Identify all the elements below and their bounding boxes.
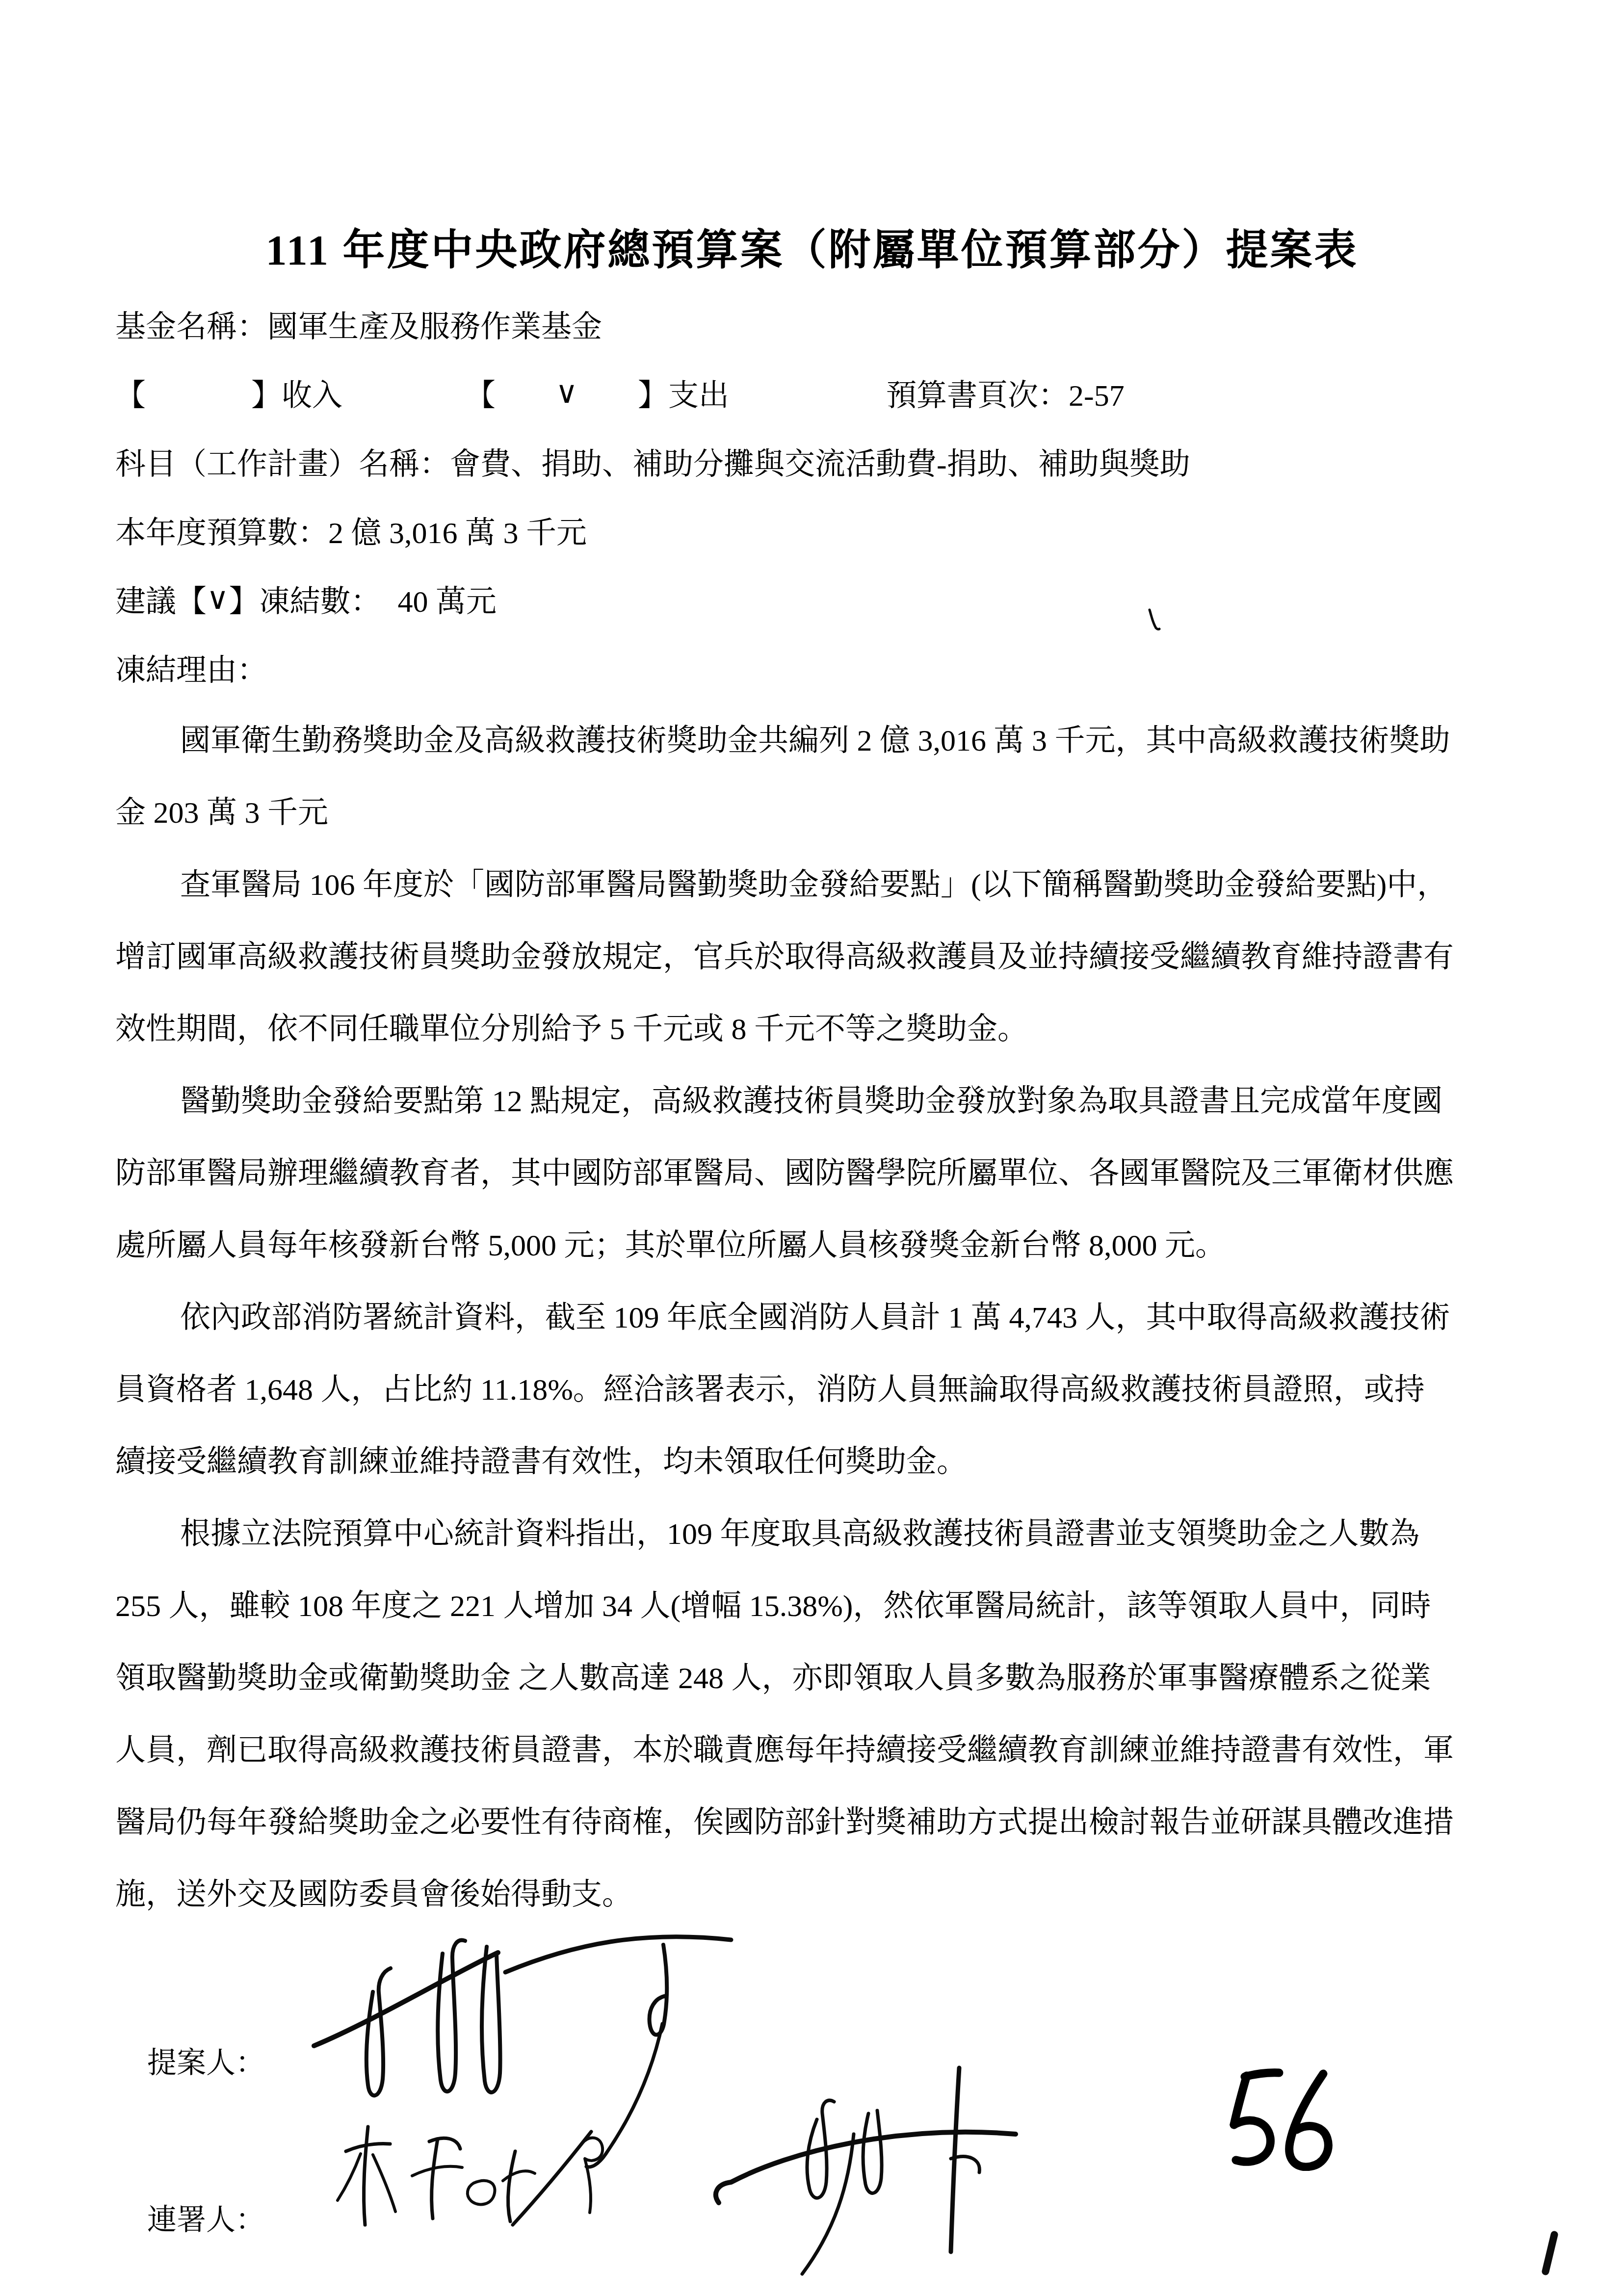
freeze-prefix: 建議 [115, 577, 176, 621]
bracket-close: 】 [638, 371, 668, 415]
paragraph-line: 施，送外交及國防委員會後始得動支。 [115, 1855, 1528, 1928]
fund-name-text: 基金名稱：國軍生產及服務作業基金 [115, 302, 602, 346]
cosigner-label: 連署人： [118, 2163, 265, 2272]
expense-check-mark: ∨ [496, 374, 638, 411]
paragraph-line: 增訂國軍高級救護技術員獎助金發放規定，官兵於取得高級救護員及並持續接受繼續教育維… [115, 918, 1528, 990]
paragraph-line: 人員，劑已取得高級救護技術員證書，本於職責應每年持續接受繼續教育訓練並維持證書有… [115, 1711, 1528, 1783]
paragraph-line: 處所屬人員每年核發新台幣 5,000 元；其於單位所屬人員核發獎金新台幣 8,0… [115, 1206, 1528, 1278]
document-body: 基金名稱：國軍生產及服務作業基金 【 】 收入 【 ∨ 】 支出 預算書頁次：2… [115, 289, 1528, 1928]
budget-amount-text: 本年度預算數：2 億 3,016 萬 3 千元 [115, 508, 587, 552]
income-checkbox[interactable]: 【 】 [115, 371, 282, 415]
freeze-reason-label: 凍結理由： [115, 633, 1528, 702]
fund-name-line: 基金名稱：國軍生產及服務作業基金 [115, 289, 1528, 358]
paragraph-line: 續接受繼續教育訓練並維持證書有效性，均未領取任何獎助金。 [115, 1423, 1528, 1495]
proposer-label: 提案人： [118, 2006, 265, 2115]
paragraph-line: 員資格者 1,648 人，占比約 11.18%。經洽該署表示，消防人員無論取得高… [115, 1351, 1528, 1423]
budget-amount-line: 本年度預算數：2 億 3,016 萬 3 千元 [115, 496, 1528, 564]
paragraph-line: 根據立法院預算中心統計資料指出，109 年度取具高級救護技術員證書並支領獎助金之… [115, 1495, 1528, 1567]
bracket-open: 【 [465, 371, 496, 415]
cosigner-signature-2 [702, 2056, 1021, 2281]
bracket-close: 】 [229, 577, 259, 621]
document-title: 111 年度中央政府總預算案（附屬單位預算部分）提案表 [0, 216, 1624, 277]
paragraph-line: 醫局仍每年發給獎助金之必要性有待商榷，俟國防部針對獎補助方式提出檢討報告並研謀具… [115, 1783, 1528, 1855]
handwritten-number-56 [1190, 2068, 1342, 2171]
stray-pen-mark [1144, 607, 1162, 633]
paragraph-line: 依內政部消防署統計資料，截至 109 年底全國消防人員計 1 萬 4,743 人… [115, 1278, 1528, 1351]
paragraph-line: 255 人，雖較 108 年度之 221 人增加 34 人(增幅 15.38%)… [115, 1567, 1528, 1639]
paragraph-line: 查軍醫局 106 年度於「國防部軍醫局醫勤獎助金發給要點」(以下簡稱醫勤獎助金發… [115, 846, 1528, 918]
type-row: 【 】 收入 【 ∨ 】 支出 預算書頁次：2-57 [115, 358, 1528, 427]
cosigner-signature-1 [334, 2110, 667, 2237]
expense-label: 支出 [668, 371, 729, 415]
paragraph-line: 國軍衛生勤務獎助金及高級救護技術獎助金共編列 2 億 3,016 萬 3 千元，… [115, 702, 1528, 774]
freeze-amount: 40 萬元 [397, 577, 497, 621]
freeze-label: 凍結數： [259, 577, 381, 621]
paragraph-line: 金 203 萬 3 千元 [115, 774, 1528, 846]
income-label: 收入 [282, 371, 342, 415]
subject-text: 科目（工作計畫）名稱：會費、捐助、補助分攤與交流活動費-捐助、補助與獎助 [115, 440, 1190, 483]
paragraph-line: 防部軍醫局辦理繼續教育者，其中國防部軍醫局、國防醫學院所屬單位、各國軍醫院及三軍… [115, 1134, 1528, 1206]
bracket-open: 【 [176, 577, 207, 621]
paragraph-line: 醫勤獎助金發給要點第 12 點規定，高級救護技術員獎助金發放對象為取具證書且完成… [115, 1062, 1528, 1134]
freeze-row: 建議 【 ∨ 】 凍結數： 40 萬元 [115, 564, 1528, 633]
paragraph-line: 效性期間，依不同任職單位分別給予 5 千元或 8 千元不等之獎助金。 [115, 990, 1528, 1062]
bracket-open: 【 [115, 371, 146, 415]
document-page: 111 年度中央政府總預算案（附屬單位預算部分）提案表 基金名稱：國軍生產及服務… [0, 0, 1624, 2296]
subject-line: 科目（工作計畫）名稱：會費、捐助、補助分攤與交流活動費-捐助、補助與獎助 [115, 427, 1528, 496]
page-corner-mark [1535, 2230, 1560, 2276]
expense-checkbox[interactable]: 【 ∨ 】 [465, 371, 668, 415]
paragraph-line: 領取醫勤獎助金或衛勤獎助金 之人數高達 248 人，亦即領取人員多數為服務於軍事… [115, 1639, 1528, 1711]
bracket-close: 】 [251, 371, 282, 415]
freeze-check-mark: ∨ [207, 580, 229, 617]
freeze-checkbox[interactable]: 【 ∨ 】 [176, 577, 259, 621]
budget-page-ref: 預算書頁次：2-57 [886, 371, 1125, 415]
